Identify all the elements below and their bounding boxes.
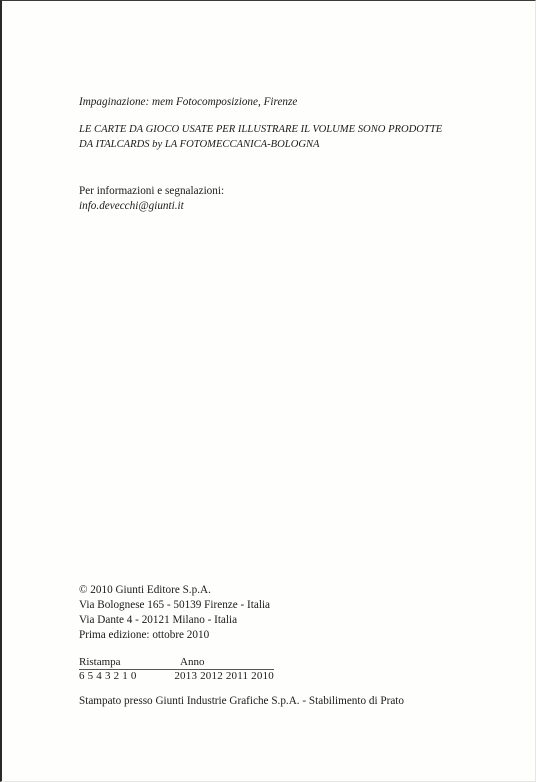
cards-note: LE CARTE DA GIOCO USATE PER ILLUSTRARE I… <box>79 122 442 152</box>
address-milan: Via Dante 4 - 20121 Milano - Italia <box>79 613 270 628</box>
reprint-table: Ristampa Anno 6 5 4 3 2 1 0 2013 2012 20… <box>79 656 274 683</box>
layout-credit: Impaginazione: mem Fotocomposizione, Fir… <box>79 95 297 109</box>
year-values: 2013 2012 2011 2010 <box>174 670 274 683</box>
reprint-header-row: Ristampa Anno <box>79 656 274 670</box>
info-email[interactable]: info.devecchi@giunti.it <box>79 199 224 214</box>
copyright-section: © 2010 Giunti Editore S.p.A. Via Bologne… <box>79 583 270 643</box>
info-section: Per informazioni e segnalazioni: info.de… <box>79 184 224 214</box>
reprint-values-row: 6 5 4 3 2 1 0 2013 2012 2011 2010 <box>79 670 274 683</box>
address-florence: Via Bolognese 165 - 50139 Firenze - Ital… <box>79 598 270 613</box>
reprint-numbers: 6 5 4 3 2 1 0 <box>79 670 174 683</box>
info-label: Per informazioni e segnalazioni: <box>79 184 224 199</box>
colophon-page: Impaginazione: mem Fotocomposizione, Fir… <box>0 0 536 782</box>
year-header: Anno <box>180 656 274 669</box>
first-edition: Prima edizione: ottobre 2010 <box>79 628 270 643</box>
copyright-line: © 2010 Giunti Editore S.p.A. <box>79 583 270 598</box>
printer-credit: Stampato presso Giunti Industrie Grafich… <box>79 694 404 708</box>
reprint-header: Ristampa <box>79 656 180 669</box>
cards-note-line-1: LE CARTE DA GIOCO USATE PER ILLUSTRARE I… <box>79 122 442 137</box>
cards-note-line-2: DA ITALCARDS by LA FOTOMECCANICA-BOLOGNA <box>79 137 442 152</box>
